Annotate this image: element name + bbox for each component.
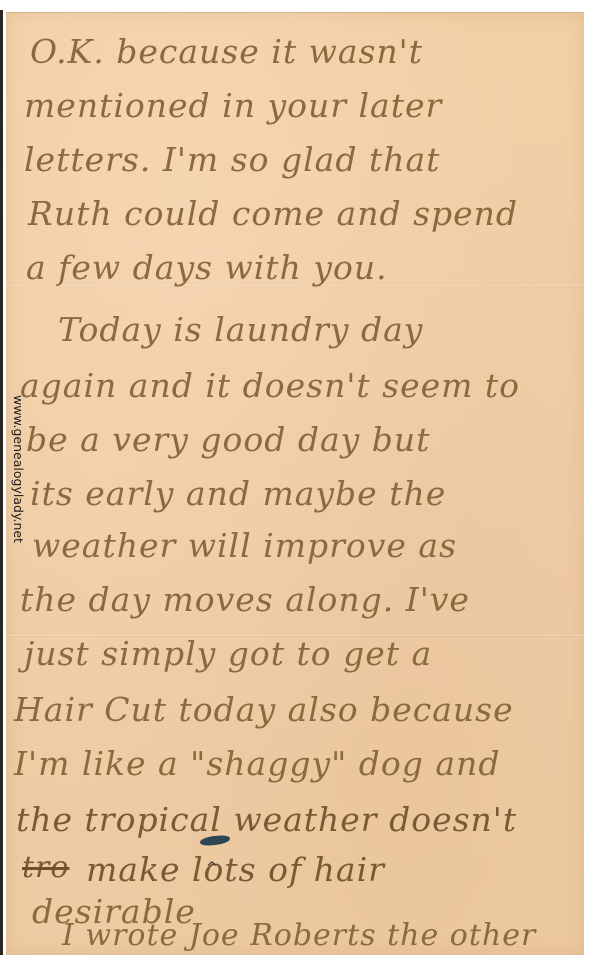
watermark-text: www.genealogylady.net <box>11 395 26 543</box>
letter-line-16: make lots of hair <box>86 850 385 889</box>
letter-line-13: Hair Cut today also because <box>14 690 514 729</box>
letter-line-6: Today is laundry day <box>58 310 423 349</box>
letter-line-14: I'm like a "shaggy" dog and <box>14 744 500 783</box>
letter-line-1: O.K. because it wasn't <box>30 32 423 71</box>
letter-line-5: a few days with you. <box>26 248 388 287</box>
scan-edge <box>0 10 3 955</box>
letter-line-15: the tropical weather doesn't <box>16 800 517 839</box>
letter-line-7: again and it doesn't seem to <box>20 366 520 405</box>
insertion-caret: ^ <box>206 860 218 876</box>
letter-line-11: the day moves along. I've <box>20 580 470 619</box>
letter-line-4: Ruth could come and spend <box>28 194 518 233</box>
letter-line-9: its early and maybe the <box>30 474 446 513</box>
letter-line-3: letters. I'm so glad that <box>24 140 440 179</box>
letter-line-8: be a very good day but <box>26 420 430 459</box>
letter-line-12: just simply got to get a <box>24 634 432 673</box>
letter-line-10: weather will improve as <box>32 526 457 565</box>
letter-line-18: I wrote Joe Roberts the other <box>62 918 536 953</box>
letter-line-2: mentioned in your later <box>24 86 442 125</box>
struck-word: tro <box>22 850 69 885</box>
